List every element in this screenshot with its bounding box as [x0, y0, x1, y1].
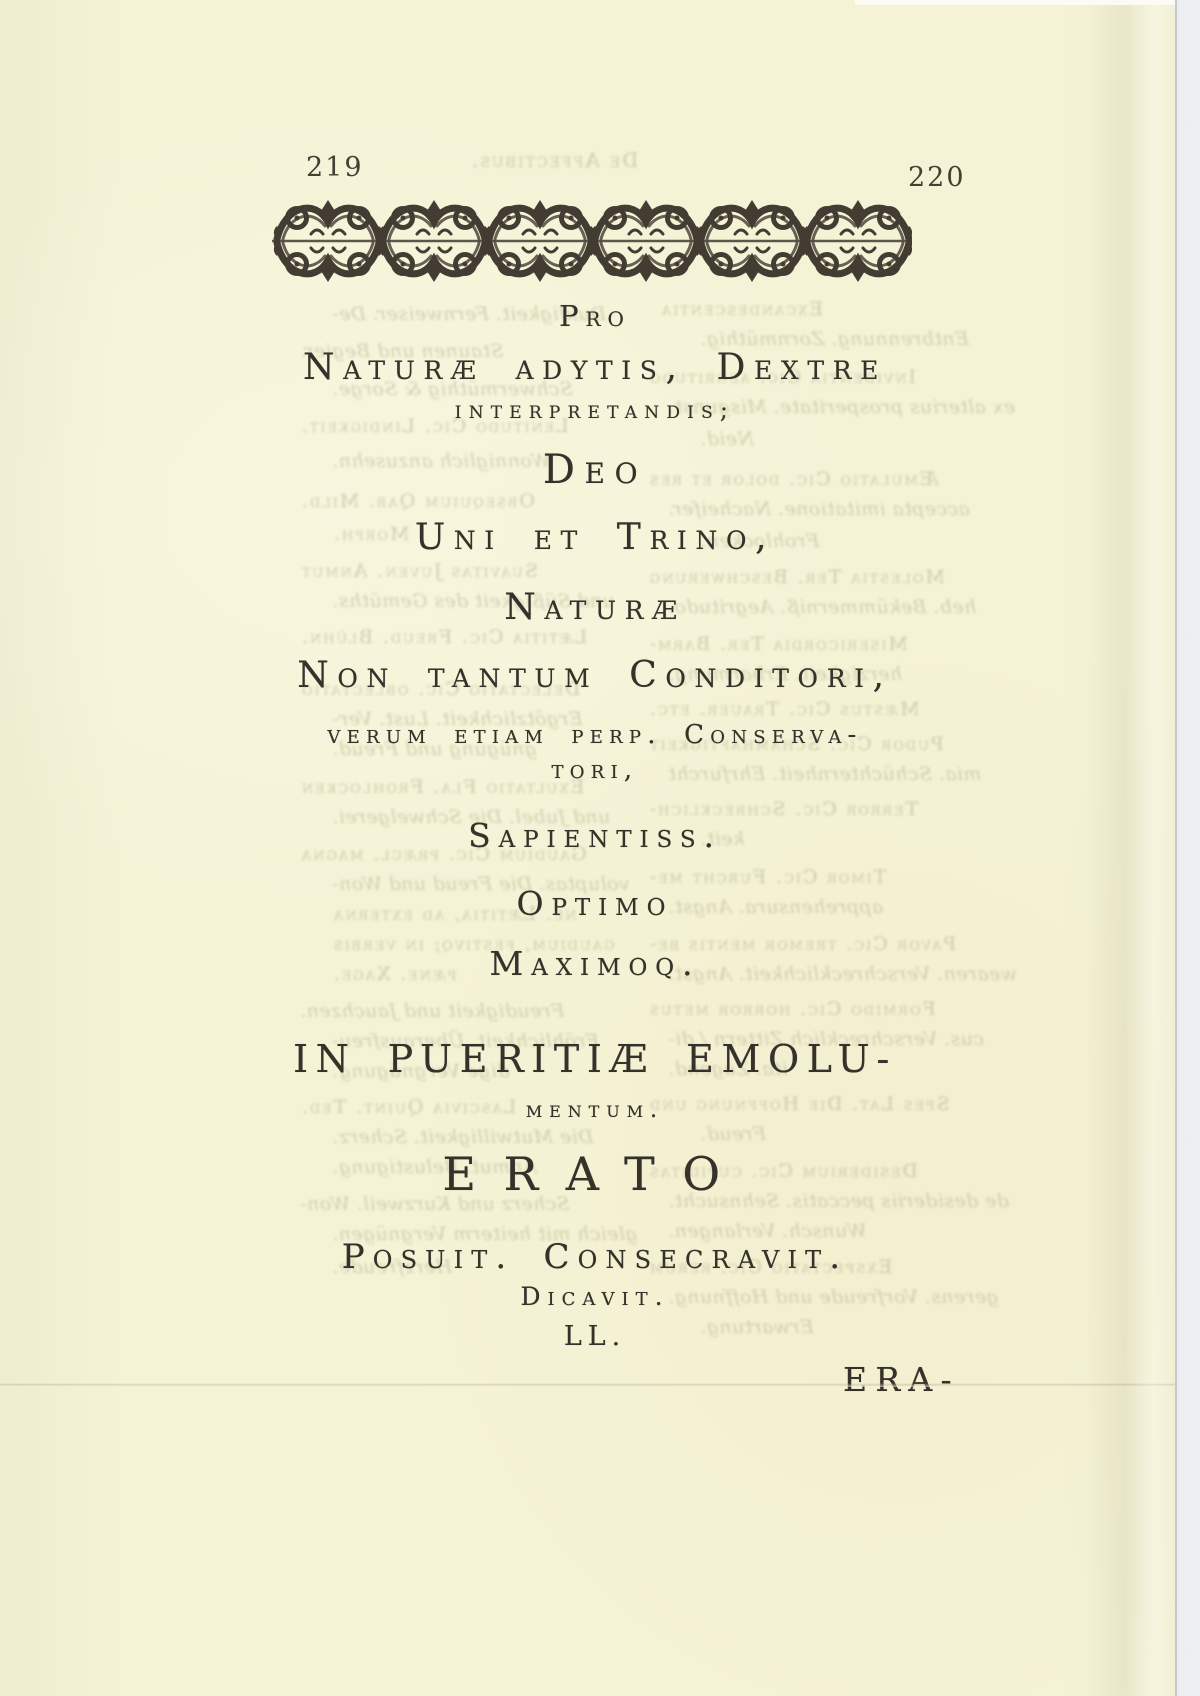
vertical-fold-shade [1085, 0, 1180, 1696]
fold-crease [0, 1383, 1175, 1387]
book-page-scan: De Affectibus.Duldigkeit. Fernweiser. De… [0, 0, 1200, 1696]
inscription-line: Pro [250, 301, 940, 331]
inscription-line: IN PUERITIÆ EMOLU- [250, 1040, 940, 1080]
inscription-line: verum etiam perp. Conserva- [250, 722, 940, 749]
inscription-line: interpretandis; [250, 398, 940, 423]
inscription-line: ERATO [250, 1150, 940, 1198]
inscription-line: Maximoq. [250, 947, 940, 982]
inscription-line: tori, [250, 757, 940, 784]
inscription-line: Uni et Trino, [250, 519, 940, 557]
inscription-line: Posuit. Consecravit. [250, 1240, 940, 1276]
inscription-line: mentum. [250, 1098, 940, 1122]
inscription-line: Deo [250, 449, 940, 491]
inscription-line: Naturæ [250, 589, 940, 627]
scan-top-edge [855, 0, 1175, 5]
catchword: ERA- [843, 1360, 960, 1399]
inscription-line: Non tantum Conditori, [250, 657, 940, 695]
inscription-block: Pro Naturæ adytis, Dextre interpretandis… [250, 0, 940, 1696]
inscription-line: Dicavit. [250, 1284, 940, 1310]
inscription-line: Naturæ adytis, Dextre [250, 349, 940, 387]
adjacent-page-edge [1175, 0, 1200, 1696]
inscription-line: LL. [250, 1323, 940, 1351]
inscription-line: Optimo [250, 887, 940, 922]
inscription-line: Sapientiss. [250, 819, 940, 854]
